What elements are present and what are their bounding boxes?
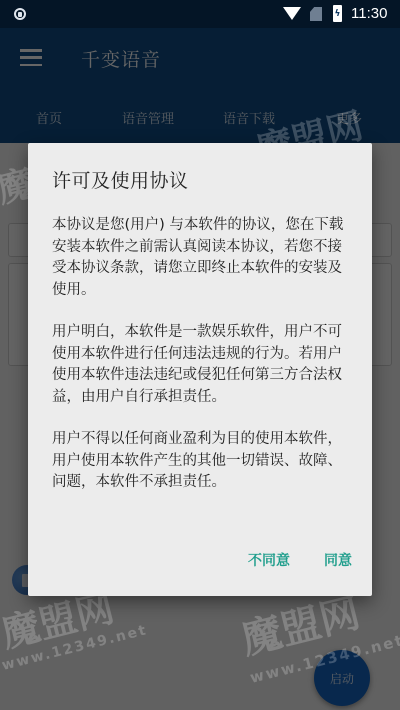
- disagree-button[interactable]: 不同意: [248, 550, 290, 570]
- shield-notification-icon: [14, 8, 26, 20]
- no-sim-icon: [310, 7, 322, 21]
- agreement-paragraph: 本协议是您(用户) 与本软件的协议，您在下载安装本软件之前需认真阅读本协议，若您…: [52, 215, 354, 301]
- dialog-title: 许可及使用协议: [52, 166, 189, 193]
- dialog-body: 本协议是您(用户) 与本软件的协议，您在下载安装本软件之前需认真阅读本协议，若您…: [52, 215, 354, 515]
- agreement-paragraph: 用户不得以任何商业盈利为目的使用本软件，用户使用本软件产生的其他一切错误、故障、…: [52, 429, 354, 494]
- battery-charging-icon: ϟ: [333, 5, 342, 22]
- dialog-actions: 不同意 同意: [248, 550, 352, 570]
- wifi-icon: [283, 7, 301, 20]
- status-time: 11:30: [351, 5, 387, 22]
- agree-button[interactable]: 同意: [324, 550, 352, 570]
- status-bar-content: ϟ 11:30: [0, 0, 400, 28]
- agreement-paragraph: 用户明白，本软件是一款娱乐软件，用户不可使用本软件进行任何违法违规的行为。若用户…: [52, 322, 354, 408]
- license-agreement-dialog: 许可及使用协议 本协议是您(用户) 与本软件的协议，您在下载安装本软件之前需认真…: [28, 143, 372, 596]
